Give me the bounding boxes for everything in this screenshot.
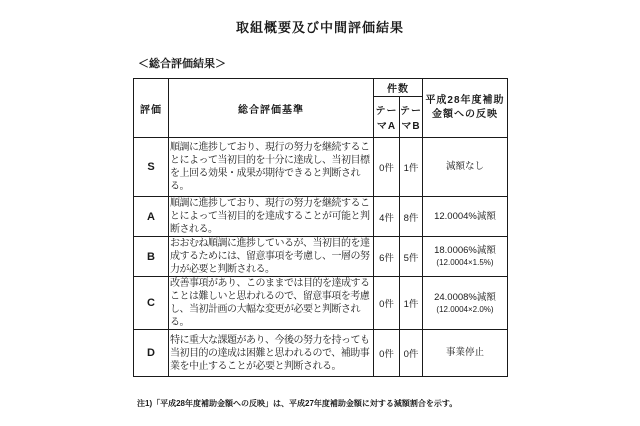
theme-b-count-cell: 1件 [400, 277, 423, 330]
theme-b-count-cell: 5件 [400, 237, 423, 277]
criteria-cell: おおむね順調に進捗しているが、当初目的を達成するためには、留意事項を考慮し、一層… [169, 237, 374, 277]
theme-a-count-cell: 0件 [374, 277, 400, 330]
criteria-cell: 特に重大な課題があり、今後の努力を持っても当初目的の達成は困難と思われるので、補… [169, 330, 374, 377]
table-row-c: C 改善事項があり、このままでは目的を達成することは難しいと思われるので、留意事… [134, 277, 508, 330]
header-row-1: 評価 総合評価基準 件数 平成28年度補助 金額への反映 [134, 79, 508, 97]
reflection-cell: 12.0004%減額 [423, 197, 508, 237]
reflection-value: 18.0006%減額 [423, 245, 507, 257]
table-row-b: B おおむね順調に進捗しているが、当初目的を達成するためには、留意事項を考慮し、… [134, 237, 508, 277]
grade-cell: S [134, 138, 169, 197]
reflection-cell: 事業停止 [423, 330, 508, 377]
theme-a-count-cell: 6件 [374, 237, 400, 277]
evaluation-results-table: 評価 総合評価基準 件数 平成28年度補助 金額への反映 テーマA テーマB S… [133, 78, 508, 377]
grade-cell: A [134, 197, 169, 237]
reflection-cell: 24.0008%減額 (12.0004×2.0%) [423, 277, 508, 330]
criteria-cell: 順調に進捗しており、現行の努力を継続することによって当初目的を達成することが可能… [169, 197, 374, 237]
section-label: ＜総合評価結果＞ [138, 55, 226, 71]
reflection-value: 24.0008%減額 [423, 292, 507, 304]
theme-b-count-cell: 0件 [400, 330, 423, 377]
header-criteria: 総合評価基準 [169, 79, 374, 138]
criteria-cell: 順調に進捗しており、現行の努力を継続することによって当初目的を十分に達成し、当初… [169, 138, 374, 197]
reflection-note: (12.0004×2.0%) [423, 304, 507, 315]
theme-a-count-cell: 4件 [374, 197, 400, 237]
reflection-value: 減額なし [423, 161, 507, 173]
reflection-cell: 減額なし [423, 138, 508, 197]
grade-cell: C [134, 277, 169, 330]
header-theme-a: テーマA [374, 97, 400, 138]
page-title: 取組概要及び中間評価結果 [0, 17, 640, 36]
header-theme-b: テーマB [400, 97, 423, 138]
reflection-value: 12.0004%減額 [423, 211, 507, 223]
theme-b-count-cell: 1件 [400, 138, 423, 197]
criteria-cell: 改善事項があり、このままでは目的を達成することは難しいと思われるので、留意事項を… [169, 277, 374, 330]
grade-cell: B [134, 237, 169, 277]
theme-a-count-cell: 0件 [374, 330, 400, 377]
theme-a-count-cell: 0件 [374, 138, 400, 197]
reflection-cell: 18.0006%減額 (12.0004×1.5%) [423, 237, 508, 277]
footnote: 注1)「平成28年度補助金額への反映」は、平成27年度補助金額に対する減額割合を… [137, 398, 457, 409]
header-grade: 評価 [134, 79, 169, 138]
document-page: 取組概要及び中間評価結果 ＜総合評価結果＞ 評価 総合評価基準 件数 平成28年… [0, 0, 640, 426]
reflection-value: 事業停止 [423, 347, 507, 359]
table-row-s: S 順調に進捗しており、現行の努力を継続することによって当初目的を十分に達成し、… [134, 138, 508, 197]
table-row-a: A 順調に進捗しており、現行の努力を継続することによって当初目的を達成することが… [134, 197, 508, 237]
header-count: 件数 [374, 79, 423, 97]
table-row-d: D 特に重大な課題があり、今後の努力を持っても当初目的の達成は困難と思われるので… [134, 330, 508, 377]
header-reflection: 平成28年度補助 金額への反映 [423, 79, 508, 138]
theme-b-count-cell: 8件 [400, 197, 423, 237]
reflection-note: (12.0004×1.5%) [423, 257, 507, 268]
grade-cell: D [134, 330, 169, 377]
